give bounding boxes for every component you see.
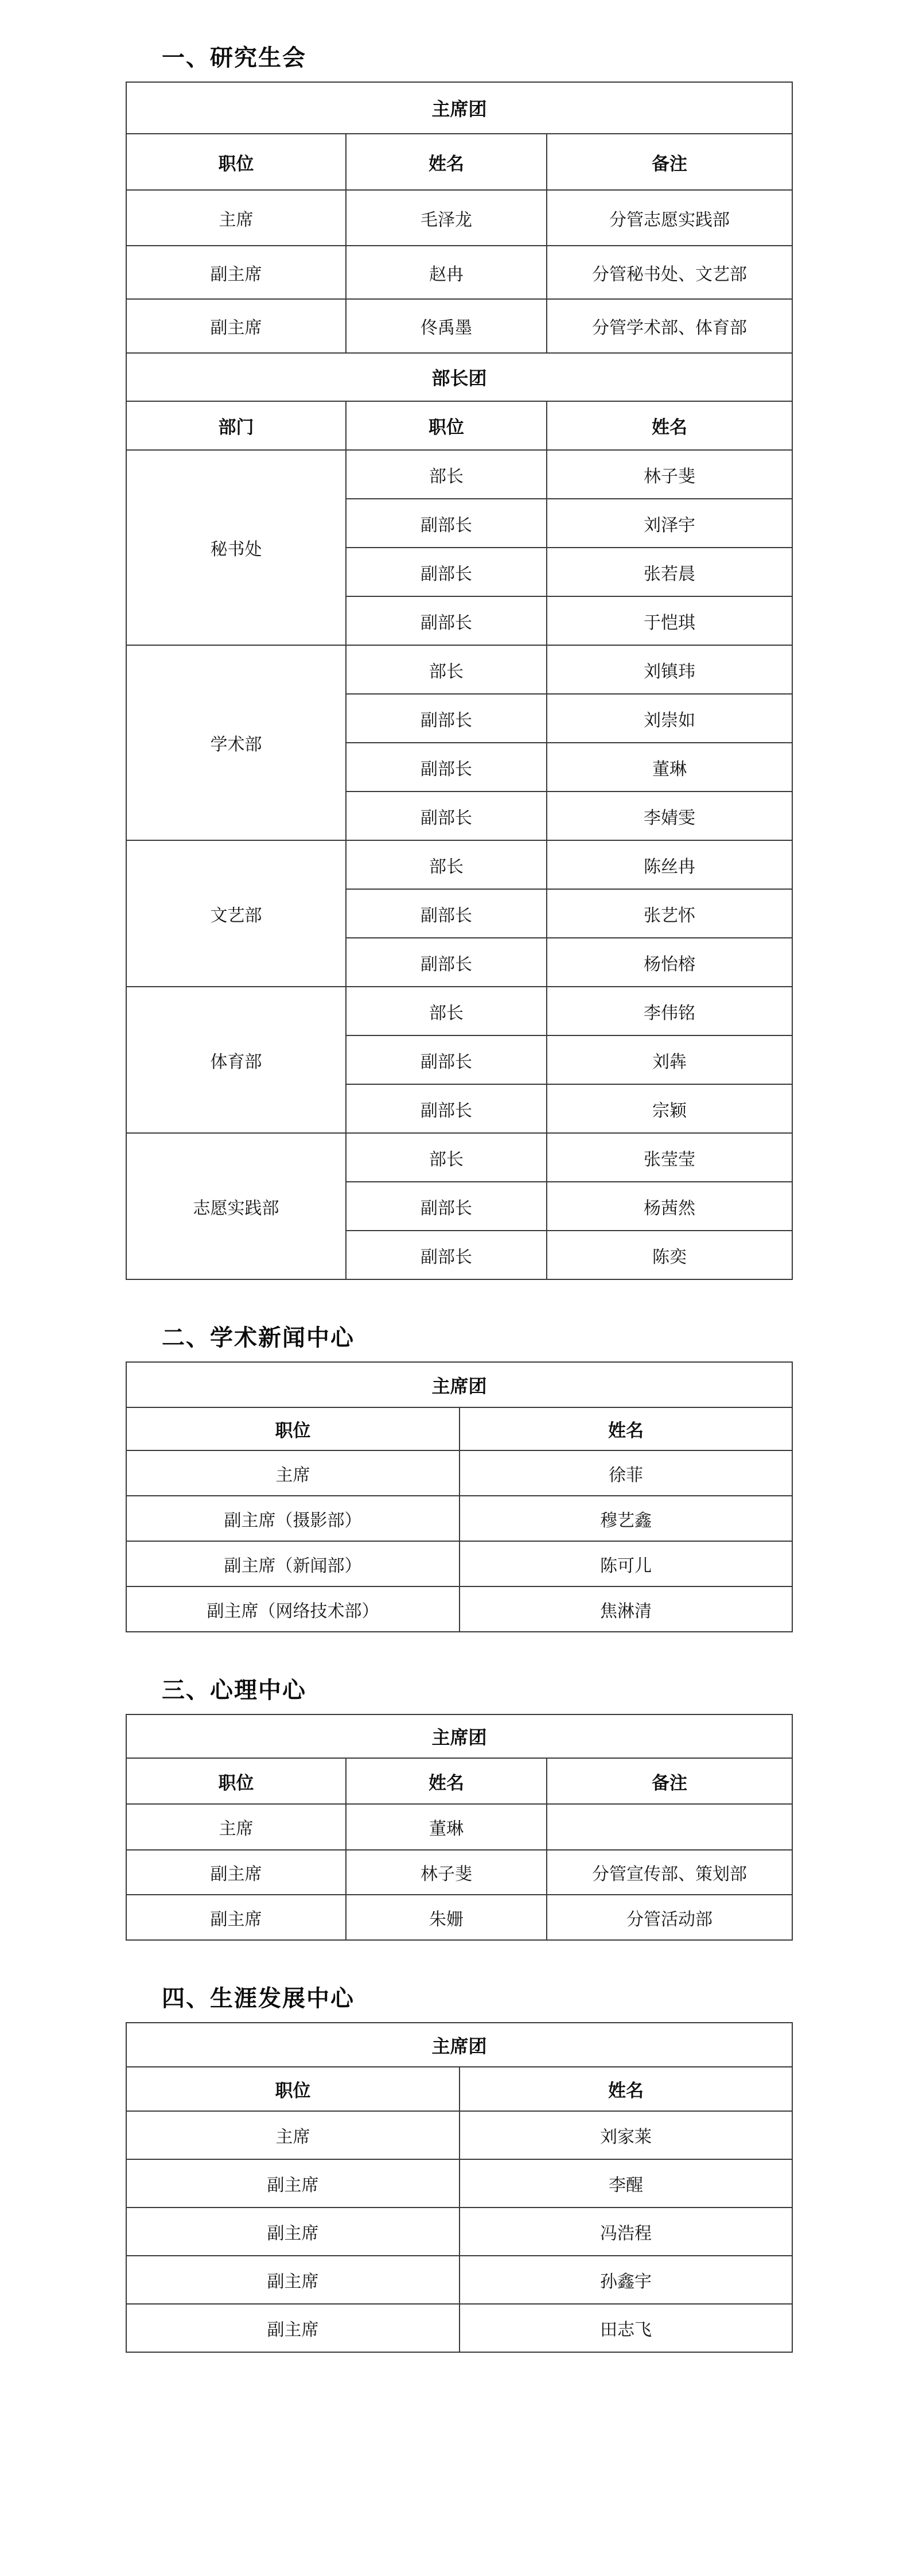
section-title: 一、研究生会 bbox=[162, 46, 792, 70]
data-cell: 陈可儿 bbox=[460, 1541, 792, 1586]
data-cell: 文艺部 bbox=[126, 840, 346, 987]
column-header-cell: 姓名 bbox=[547, 401, 792, 450]
table-row: 主席团 bbox=[126, 1362, 792, 1407]
data-cell: 赵冉 bbox=[346, 246, 547, 299]
data-cell: 分管秘书处、文艺部 bbox=[547, 246, 792, 299]
data-cell: 分管学术部、体育部 bbox=[547, 299, 792, 353]
table-row: 职位姓名 bbox=[126, 2067, 792, 2111]
data-cell: 陈奕 bbox=[547, 1231, 792, 1279]
data-cell: 李伟铭 bbox=[547, 987, 792, 1035]
org-table-psychology-center: 主席团职位姓名备注主席董琳副主席林子斐分管宣传部、策划部副主席朱姗分管活动部 bbox=[126, 1714, 793, 1941]
document-page: { "page": { "background": "#ffffff", "te… bbox=[0, 0, 911, 2576]
table-row: 主席毛泽龙分管志愿实践部 bbox=[126, 190, 792, 246]
data-cell: 主席 bbox=[126, 1450, 460, 1496]
org-table-career-development-center: 主席团职位姓名主席刘家莱副主席李醒副主席冯浩程副主席孙鑫宇副主席田志飞 bbox=[126, 2022, 793, 2353]
data-cell: 张艺怀 bbox=[547, 889, 792, 938]
table-row: 主席团 bbox=[126, 2023, 792, 2067]
table-row: 副主席朱姗分管活动部 bbox=[126, 1895, 792, 1940]
column-header-cell: 职位 bbox=[346, 401, 547, 450]
column-header-cell: 职位 bbox=[126, 1758, 346, 1804]
table-row: 职位姓名备注 bbox=[126, 1758, 792, 1804]
column-header-cell: 职位 bbox=[126, 2067, 460, 2111]
data-cell: 学术部 bbox=[126, 645, 346, 840]
table-row: 副主席孙鑫宇 bbox=[126, 2256, 792, 2304]
data-cell: 分管活动部 bbox=[547, 1895, 792, 1940]
data-cell: 副主席 bbox=[126, 246, 346, 299]
data-cell: 体育部 bbox=[126, 987, 346, 1133]
data-cell: 刘泽宇 bbox=[547, 499, 792, 548]
data-cell: 副部长 bbox=[346, 1084, 547, 1133]
table-row: 秘书处部长林子斐 bbox=[126, 450, 792, 499]
data-cell: 杨茜然 bbox=[547, 1182, 792, 1231]
data-cell: 刘犇 bbox=[547, 1035, 792, 1084]
column-header-cell: 姓名 bbox=[346, 1758, 547, 1804]
table-row: 职位姓名备注 bbox=[126, 134, 792, 190]
data-cell: 副主席 bbox=[126, 1895, 346, 1940]
data-cell: 徐菲 bbox=[460, 1450, 792, 1496]
data-cell: 副部长 bbox=[346, 694, 547, 743]
data-cell: 副部长 bbox=[346, 938, 547, 987]
data-cell: 副部长 bbox=[346, 596, 547, 645]
column-header-cell: 姓名 bbox=[346, 134, 547, 190]
data-cell: 刘崇如 bbox=[547, 694, 792, 743]
data-cell: 穆艺鑫 bbox=[460, 1496, 792, 1541]
data-cell: 焦淋清 bbox=[460, 1586, 792, 1632]
table-row: 主席徐菲 bbox=[126, 1450, 792, 1496]
data-cell: 副部长 bbox=[346, 792, 547, 840]
table-row: 副主席李醒 bbox=[126, 2159, 792, 2208]
data-cell: 主席 bbox=[126, 2111, 460, 2159]
data-cell: 于恺琪 bbox=[547, 596, 792, 645]
data-cell: 陈丝冉 bbox=[547, 840, 792, 889]
data-cell: 主席 bbox=[126, 190, 346, 246]
data-cell: 副部长 bbox=[346, 1231, 547, 1279]
data-cell: 副主席 bbox=[126, 1850, 346, 1895]
column-header-cell: 备注 bbox=[547, 1758, 792, 1804]
data-cell: 副主席 bbox=[126, 299, 346, 353]
data-cell: 志愿实践部 bbox=[126, 1133, 346, 1279]
table-row: 学术部部长刘镇玮 bbox=[126, 645, 792, 694]
table-row: 志愿实践部部长张莹莹 bbox=[126, 1133, 792, 1182]
column-header-cell: 姓名 bbox=[460, 2067, 792, 2111]
table-row: 部长团 bbox=[126, 353, 792, 401]
data-cell: 副主席（新闻部） bbox=[126, 1541, 460, 1586]
group-banner-cell: 主席团 bbox=[126, 82, 792, 134]
data-cell: 副主席 bbox=[126, 2208, 460, 2256]
data-cell: 部长 bbox=[346, 987, 547, 1035]
data-cell: 刘镇玮 bbox=[547, 645, 792, 694]
group-banner-cell: 主席团 bbox=[126, 1362, 792, 1407]
table-row: 主席团 bbox=[126, 82, 792, 134]
data-cell: 副部长 bbox=[346, 889, 547, 938]
column-header-cell: 部门 bbox=[126, 401, 346, 450]
data-cell: 分管志愿实践部 bbox=[547, 190, 792, 246]
data-cell: 主席 bbox=[126, 1804, 346, 1850]
data-cell: 副主席（摄影部） bbox=[126, 1496, 460, 1541]
section-psychology-center: 三、心理中心 主席团职位姓名备注主席董琳副主席林子斐分管宣传部、策划部副主席朱姗… bbox=[126, 1678, 792, 1941]
group-banner-cell: 部长团 bbox=[126, 353, 792, 401]
section-title: 三、心理中心 bbox=[162, 1678, 792, 1702]
data-cell: 杨怡榕 bbox=[547, 938, 792, 987]
table-row: 副主席赵冉分管秘书处、文艺部 bbox=[126, 246, 792, 299]
data-cell: 林子斐 bbox=[346, 1850, 547, 1895]
column-header-cell: 姓名 bbox=[460, 1407, 792, 1450]
column-header-cell: 职位 bbox=[126, 1407, 460, 1450]
org-table-graduate-union: 主席团职位姓名备注主席毛泽龙分管志愿实践部副主席赵冉分管秘书处、文艺部副主席佟禹… bbox=[126, 82, 793, 1280]
section-academic-news-center: 二、学术新闻中心 主席团职位姓名主席徐菲副主席（摄影部）穆艺鑫副主席（新闻部）陈… bbox=[126, 1326, 792, 1632]
data-cell: 林子斐 bbox=[547, 450, 792, 499]
column-header-cell: 备注 bbox=[547, 134, 792, 190]
table-row: 副主席冯浩程 bbox=[126, 2208, 792, 2256]
data-cell: 部长 bbox=[346, 645, 547, 694]
org-table-academic-news-center: 主席团职位姓名主席徐菲副主席（摄影部）穆艺鑫副主席（新闻部）陈可儿副主席（网络技… bbox=[126, 1361, 793, 1632]
table-row: 部门职位姓名 bbox=[126, 401, 792, 450]
data-cell: 刘家莱 bbox=[460, 2111, 792, 2159]
data-cell: 李醒 bbox=[460, 2159, 792, 2208]
data-cell: 董琳 bbox=[346, 1804, 547, 1850]
data-cell: 副部长 bbox=[346, 1035, 547, 1084]
data-cell: 副部长 bbox=[346, 499, 547, 548]
table-row: 副主席佟禹墨分管学术部、体育部 bbox=[126, 299, 792, 353]
page-content: 一、研究生会 主席团职位姓名备注主席毛泽龙分管志愿实践部副主席赵冉分管秘书处、文… bbox=[0, 0, 792, 2353]
data-cell: 孙鑫宇 bbox=[460, 2256, 792, 2304]
table-row: 副主席田志飞 bbox=[126, 2304, 792, 2352]
data-cell: 董琳 bbox=[547, 743, 792, 792]
data-cell: 田志飞 bbox=[460, 2304, 792, 2352]
table-row: 副主席林子斐分管宣传部、策划部 bbox=[126, 1850, 792, 1895]
data-cell: 副主席 bbox=[126, 2159, 460, 2208]
data-cell: 佟禹墨 bbox=[346, 299, 547, 353]
table-row: 主席团 bbox=[126, 1714, 792, 1758]
table-row: 体育部部长李伟铭 bbox=[126, 987, 792, 1035]
data-cell: 副主席（网络技术部） bbox=[126, 1586, 460, 1632]
section-graduate-union: 一、研究生会 主席团职位姓名备注主席毛泽龙分管志愿实践部副主席赵冉分管秘书处、文… bbox=[126, 46, 792, 1280]
data-cell: 秘书处 bbox=[126, 450, 346, 645]
data-cell: 副部长 bbox=[346, 1182, 547, 1231]
data-cell: 副主席 bbox=[126, 2304, 460, 2352]
table-row: 文艺部部长陈丝冉 bbox=[126, 840, 792, 889]
table-row: 职位姓名 bbox=[126, 1407, 792, 1450]
data-cell: 副部长 bbox=[346, 548, 547, 596]
table-row: 副主席（摄影部）穆艺鑫 bbox=[126, 1496, 792, 1541]
column-header-cell: 职位 bbox=[126, 134, 346, 190]
data-cell: 部长 bbox=[346, 1133, 547, 1182]
table-row: 副主席（网络技术部）焦淋清 bbox=[126, 1586, 792, 1632]
data-cell: 冯浩程 bbox=[460, 2208, 792, 2256]
table-row: 主席刘家莱 bbox=[126, 2111, 792, 2159]
data-cell: 张若晨 bbox=[547, 548, 792, 596]
data-cell: 宗颖 bbox=[547, 1084, 792, 1133]
group-banner-cell: 主席团 bbox=[126, 2023, 792, 2067]
data-cell: 副部长 bbox=[346, 743, 547, 792]
section-career-development-center: 四、生涯发展中心 主席团职位姓名主席刘家莱副主席李醒副主席冯浩程副主席孙鑫宇副主… bbox=[126, 1987, 792, 2353]
group-banner-cell: 主席团 bbox=[126, 1714, 792, 1758]
section-title: 四、生涯发展中心 bbox=[162, 1987, 792, 2011]
section-title: 二、学术新闻中心 bbox=[162, 1326, 792, 1350]
data-cell: 张莹莹 bbox=[547, 1133, 792, 1182]
table-row: 副主席（新闻部）陈可儿 bbox=[126, 1541, 792, 1586]
data-cell: 副主席 bbox=[126, 2256, 460, 2304]
data-cell: 部长 bbox=[346, 840, 547, 889]
data-cell bbox=[547, 1804, 792, 1850]
data-cell: 朱姗 bbox=[346, 1895, 547, 1940]
data-cell: 李婧雯 bbox=[547, 792, 792, 840]
data-cell: 毛泽龙 bbox=[346, 190, 547, 246]
table-row: 主席董琳 bbox=[126, 1804, 792, 1850]
data-cell: 分管宣传部、策划部 bbox=[547, 1850, 792, 1895]
data-cell: 部长 bbox=[346, 450, 547, 499]
